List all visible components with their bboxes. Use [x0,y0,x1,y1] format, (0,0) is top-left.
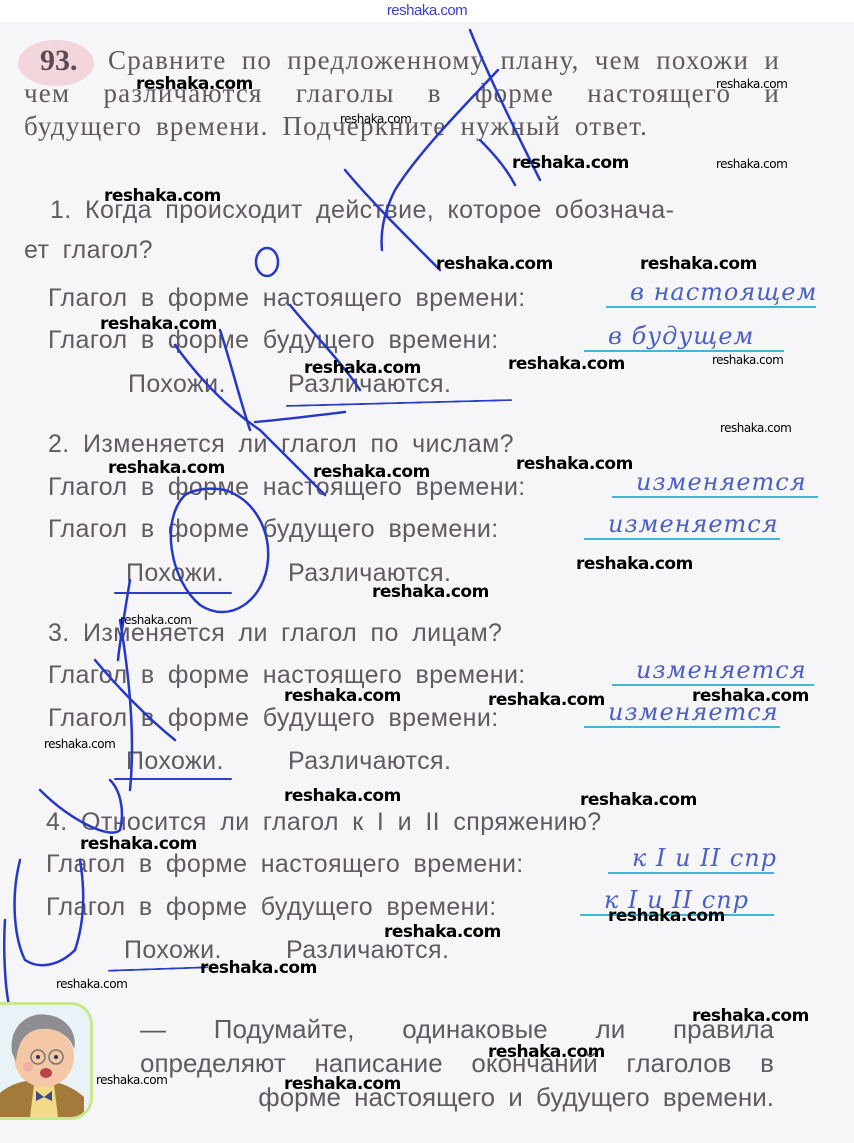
watermark: reshaka.com [304,358,421,378]
q1-present-answer[interactable]: в настоящем [606,276,816,308]
handwritten-answer: к I и II спр [632,844,777,872]
handwritten-answer: изменяется [636,656,807,684]
watermark-top: reshaka.com [0,2,854,19]
watermark: reshaka.com [608,906,725,926]
q2-similar-option[interactable]: Похожи. [126,559,224,588]
q2-answer-underline [114,592,232,594]
watermark: reshaka.com [120,613,191,627]
question-3-title: 3. Изменяется ли глагол по лицам? [48,619,502,648]
watermark: reshaka.com [104,186,221,206]
watermark: reshaka.com [100,314,217,334]
q3-present-answer[interactable]: изменяется [612,654,814,686]
watermark: reshaka.com [436,254,553,274]
watermark: reshaka.com [200,958,317,978]
watermark: reshaka.com [372,582,489,602]
watermark: reshaka.com [716,157,787,171]
watermark: reshaka.com [340,112,411,126]
question-2-title: 2. Изменяется ли глагол по числам? [48,430,514,459]
handwritten-answer: изменяется [608,510,779,538]
watermark: reshaka.com [508,354,625,374]
watermark: reshaka.com [692,686,809,706]
q3-similar-option[interactable]: Похожи. [126,747,224,776]
q1-present-label: Глагол в форме настоящего времени: [48,284,526,313]
handwritten-answer: изменяется [636,468,807,496]
watermark: reshaka.com [640,254,757,274]
watermark: reshaka.com [44,737,115,751]
watermark: reshaka.com [488,690,605,710]
watermark: reshaka.com [80,834,197,854]
q4-present-label: Глагол в форме настоящего времени: [46,850,524,879]
watermark: reshaka.com [384,922,501,942]
watermark: reshaka.com [56,977,127,991]
watermark: reshaka.com [108,458,225,478]
mascot-note: — Подумайте, одинаковые ли правила опред… [140,1012,774,1114]
watermark: reshaka.com [720,421,791,435]
q3-differ-option[interactable]: Различаются. [288,747,451,776]
watermark: reshaka.com [576,554,693,574]
handwritten-answer: в настоящем [630,278,817,306]
watermark: reshaka.com [580,790,697,810]
q1-similar-option[interactable]: Похожи. [128,370,226,399]
q3-answer-underline [114,778,232,780]
watermark: reshaka.com [284,686,401,706]
teacher-with-glasses-icon [0,1002,93,1120]
watermark: reshaka.com [712,353,783,367]
question-4-title: 4. Относится ли глагол к I и II спряжени… [46,808,602,837]
question-1-title-cont: ет глагол? [24,236,153,265]
watermark: reshaka.com [284,786,401,806]
watermark: reshaka.com [512,153,629,173]
watermark: reshaka.com [516,454,633,474]
q1-future-answer[interactable]: в будущем [584,320,784,352]
handwritten-answer: в будущем [608,322,754,350]
q3-future-label: Глагол в форме будущего времени: [48,704,499,733]
watermark: reshaka.com [136,74,253,94]
watermark: reshaka.com [716,77,787,91]
q4-future-label: Глагол в форме будущего времени: [46,893,497,922]
q2-present-answer[interactable]: изменяется [612,466,818,498]
q4-present-answer[interactable]: к I и II спр [608,842,774,874]
q2-future-answer[interactable]: изменяется [584,508,780,540]
q2-future-label: Глагол в форме будущего времени: [48,515,499,544]
watermark: reshaka.com [313,462,430,482]
